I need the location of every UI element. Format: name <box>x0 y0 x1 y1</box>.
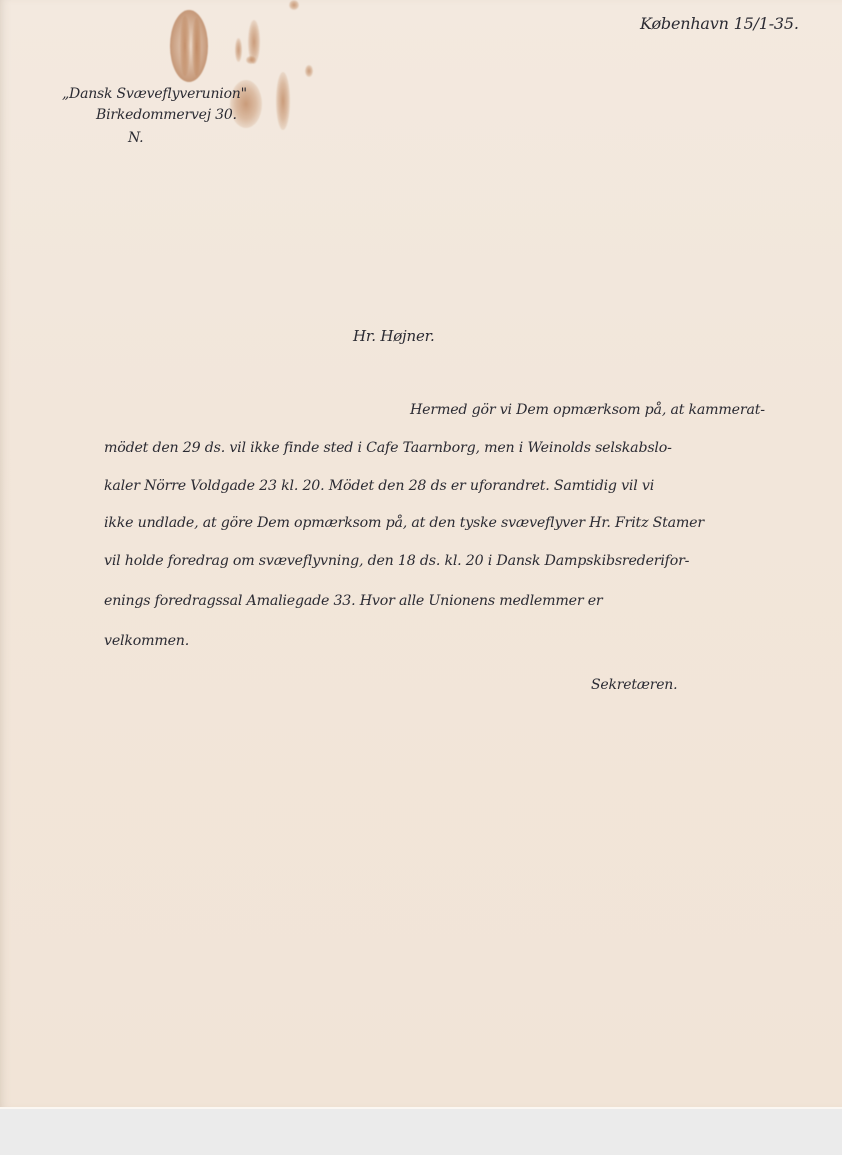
body-line: vil holde foredrag om svæveflyvning, den… <box>104 553 689 569</box>
body-line: Hermed gör vi Dem opmærksom på, at kamme… <box>410 402 765 418</box>
letter-paper: København 15/1-35. „Dansk Svæveflyveruni… <box>0 0 842 1108</box>
date-line: København 15/1-35. <box>640 14 799 33</box>
body-line: mödet den 29 ds. vil ikke finde sted i C… <box>104 440 672 456</box>
sender-address: Birkedommervej 30. <box>96 107 237 123</box>
body-line: kaler Nörre Voldgade 23 kl. 20. Mödet de… <box>104 478 654 494</box>
stain-mark <box>289 0 299 10</box>
scanned-page: København 15/1-35. „Dansk Svæveflyveruni… <box>0 0 842 1155</box>
stain-mark <box>276 72 290 130</box>
stain-mark <box>246 56 256 64</box>
salutation: Hr. Højner. <box>353 327 435 345</box>
stain-mark <box>305 65 313 77</box>
stain-mark <box>192 18 201 76</box>
body-line: ikke undlade, at göre Dem opmærksom på, … <box>104 515 704 531</box>
stain-mark <box>180 16 190 76</box>
body-line: velkommen. <box>104 633 189 649</box>
stain-mark <box>235 38 242 62</box>
signature: Sekretæren. <box>591 677 677 693</box>
sender-name: „Dansk Svæveflyverunion" <box>62 86 247 102</box>
body-line: enings foredragssal Amaliegade 33. Hvor … <box>104 593 603 609</box>
sender-postal-district: N. <box>128 130 143 146</box>
